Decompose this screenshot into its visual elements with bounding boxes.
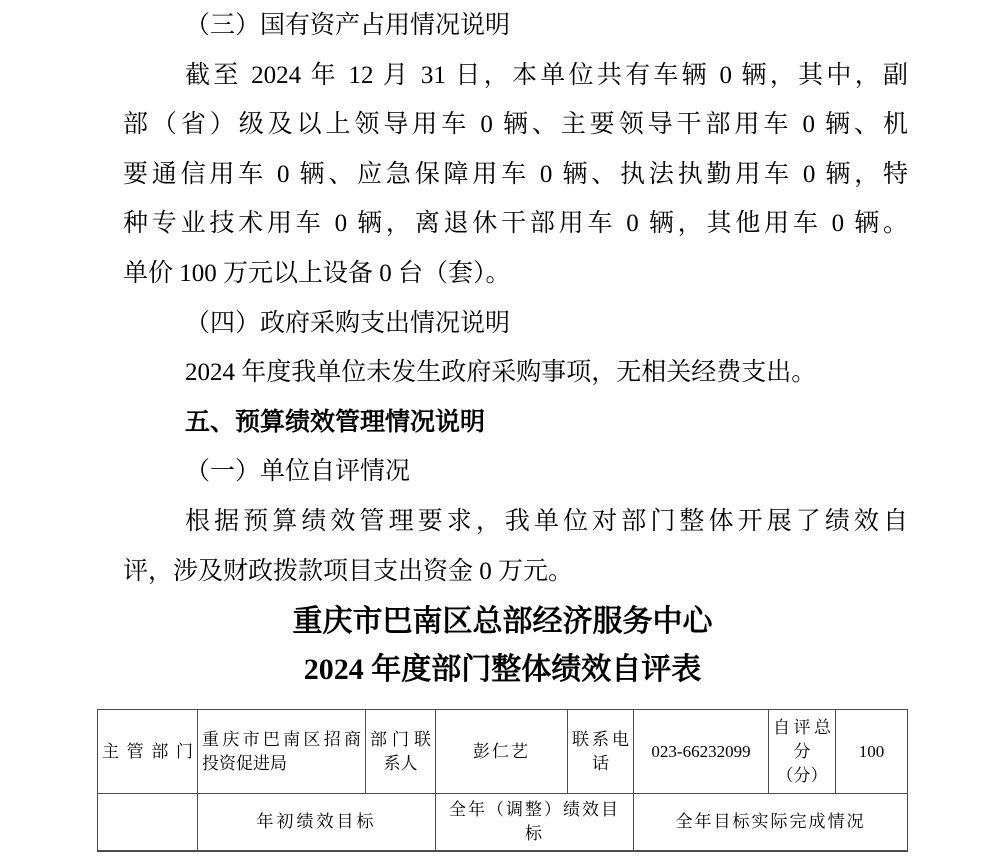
actual-completion-header-text: 全年目标实际完成情况 [638,810,903,834]
contact-person-value-text: 彭仁艺 [440,740,563,764]
phone-value-text: 023-66232099 [638,740,764,764]
performance-self-eval-table: 主管部门 重庆市巴南区招商 投资促进局 部门联 系人 彭仁艺 联系电 话 023… [97,709,908,852]
supervisor-dept-value-line: 投资促进局 [202,752,361,776]
cell-self-score-label: 自评总 分 （分） [769,710,836,794]
paragraph-assets-line: 要通信用车 0 辆、应急保障用车 0 辆、执法执勤用车 0 辆，特 [123,150,908,200]
paragraph-assets-line: 部（省）级及以上领导用车 0 辆、主要领导干部用车 0 辆、机 [123,100,908,150]
table-row-goal-headers: 年初绩效目标 全年（调整）绩效目标 全年目标实际完成情况 [98,794,908,851]
contact-person-label-line: 部门联 [370,728,431,752]
section-heading-state-assets: （三）国有资产占用情况说明 [123,1,908,51]
table-title-block: 重庆市巴南区总部经济服务中心 2024 年度部门整体绩效自评表 [97,598,908,694]
phone-label-line: 联系电 [572,728,629,752]
cell-initial-goal-header: 年初绩效目标 [198,794,436,851]
cell-supervisor-dept-label: 主管部门 [98,710,198,794]
self-score-label-line: （分） [773,764,831,788]
self-score-value-text: 100 [840,740,903,764]
paragraph-assets-line: 种专业技术用车 0 辆，离退休干部用车 0 辆，其他用车 0 辆。 [123,199,908,249]
initial-goal-header-text: 年初绩效目标 [202,810,431,834]
cell-blank [98,794,198,851]
contact-person-label-line: 系人 [370,752,431,776]
table-row-header-info: 主管部门 重庆市巴南区招商 投资促进局 部门联 系人 彭仁艺 联系电 话 023… [98,710,908,794]
doc-title-form: 2024 年度部门整体绩效自评表 [97,646,908,694]
supervisor-dept-label-text: 主管部门 [102,740,193,764]
phone-label-line: 话 [572,752,629,776]
document-page: （三）国有资产占用情况说明 截至 2024 年 12 月 31 日，本单位共有车… [0,0,1000,857]
paragraph-self-eval-line: 根据预算绩效管理要求，我单位对部门整体开展了绩效自 [123,497,908,547]
section-heading-procurement: （四）政府采购支出情况说明 [123,299,908,349]
section-heading-performance: 五、预算绩效管理情况说明 [123,398,908,448]
cell-phone-value: 023-66232099 [634,710,769,794]
cell-contact-person-label: 部门联 系人 [366,710,436,794]
cell-adjusted-goal-header: 全年（调整）绩效目标 [436,794,634,851]
paragraph-assets-line: 截至 2024 年 12 月 31 日，本单位共有车辆 0 辆，其中，副 [123,51,908,101]
adjusted-goal-header-text: 全年（调整）绩效目标 [440,798,629,846]
self-score-label-line: 分 [773,740,831,764]
self-score-label-line: 自评总 [773,716,831,740]
paragraph-self-eval-line: 评，涉及财政拨款项目支出资金 0 万元。 [123,547,908,597]
supervisor-dept-value-line: 重庆市巴南区招商 [202,728,361,752]
cell-actual-completion-header: 全年目标实际完成情况 [634,794,908,851]
cell-phone-label: 联系电 话 [568,710,634,794]
cell-self-score-value: 100 [836,710,908,794]
paragraph-procurement: 2024 年度我单位未发生政府采购事项，无相关经费支出。 [123,348,908,398]
doc-title-org: 重庆市巴南区总部经济服务中心 [97,598,908,646]
section-heading-self-eval: （一）单位自评情况 [123,447,908,497]
cell-contact-person-value: 彭仁艺 [436,710,568,794]
paragraph-assets-line: 单价 100 万元以上设备 0 台（套）。 [123,249,908,299]
cell-supervisor-dept-value: 重庆市巴南区招商 投资促进局 [198,710,366,794]
